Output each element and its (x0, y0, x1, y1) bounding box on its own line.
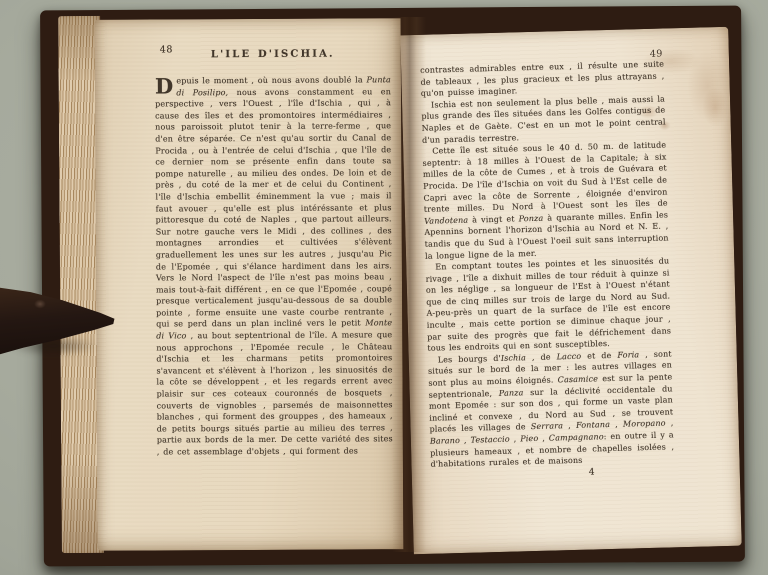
running-title: L'ILE D'ISCHIA. (155, 42, 391, 61)
paragraph: Cette île est située sous le 40 d. 50 m.… (422, 140, 669, 262)
left-page-text: 48 L'ILE D'ISCHIA. Depuis le moment , où… (155, 42, 393, 458)
paragraph: En comptant toutes les pointes et les si… (425, 256, 671, 355)
paragraph: Depuis le moment , où nous avons doublé … (155, 74, 393, 458)
right-page: 49 contrastes admirables entre eux , il … (400, 27, 741, 554)
left-page: 48 L'ILE D'ISCHIA. Depuis le moment , où… (95, 18, 404, 551)
paper-stain (687, 51, 729, 122)
left-page-header: 48 L'ILE D'ISCHIA. (155, 42, 391, 67)
book-photo: 48 L'ILE D'ISCHIA. Depuis le moment , où… (0, 0, 768, 575)
right-page-text: contrastes admirables entre eux , il rés… (420, 58, 675, 483)
right-page-body: contrastes admirables entre eux , il rés… (420, 58, 675, 470)
paper-stain (702, 87, 729, 128)
paragraph: Les bourgs d'Ischia , de Lacco et de For… (428, 348, 675, 470)
left-page-body: Depuis le moment , où nous avons doublé … (155, 74, 393, 458)
paragraph: Ischia est non seulement la plus belle ,… (421, 93, 666, 146)
drop-cap: D (155, 76, 173, 96)
left-page-number: 48 (160, 44, 173, 56)
